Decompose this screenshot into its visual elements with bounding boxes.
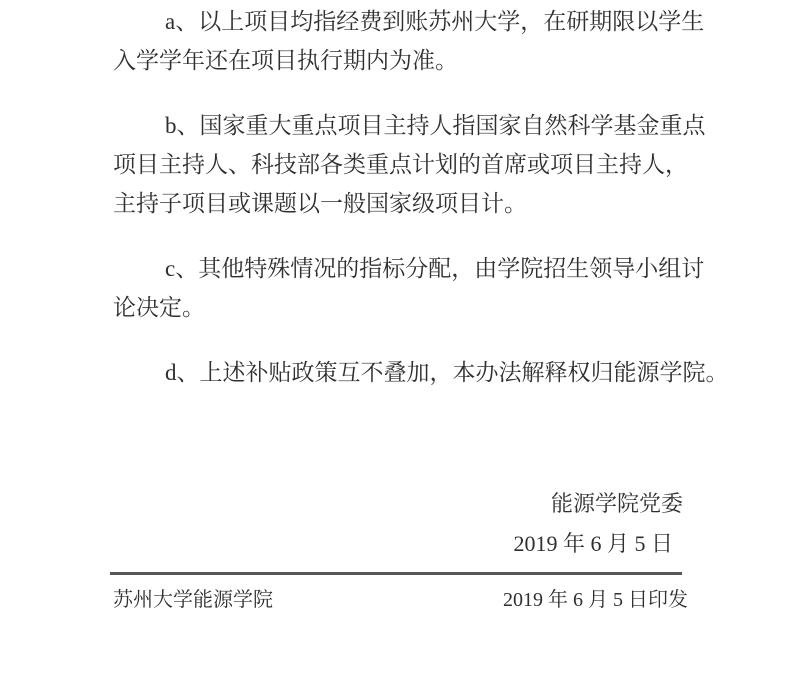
signature-signer: 能源学院党委 bbox=[551, 484, 683, 523]
paragraph-d-line-1: d、上述补贴政策互不叠加，本办法解释权归能源学院。 bbox=[113, 353, 773, 392]
signature-date: 2019 年 6 月 5 日 bbox=[513, 524, 673, 563]
paragraph-c: c、其他特殊情况的指标分配，由学院招生领导小组讨 论决定。 bbox=[113, 249, 773, 327]
paragraph-a: a、以上项目均指经费到账苏州大学，在研期限以学生 入学学年还在项目执行期内为准。 bbox=[113, 2, 773, 80]
footer-divider bbox=[110, 572, 682, 575]
footer-issuer: 苏州大学能源学院 bbox=[113, 584, 273, 616]
paragraph-c-line-1: c、其他特殊情况的指标分配，由学院招生领导小组讨 bbox=[113, 249, 773, 288]
footer-issue-date: 2019 年 6 月 5 日印发 bbox=[503, 584, 688, 616]
paragraph-a-line-1: a、以上项目均指经费到账苏州大学，在研期限以学生 bbox=[113, 2, 773, 41]
paragraph-b: b、国家重大重点项目主持人指国家自然科学基金重点 项目主持人、科技部各类重点计划… bbox=[113, 106, 773, 223]
paragraph-c-line-2: 论决定。 bbox=[113, 288, 773, 327]
document-page: a、以上项目均指经费到账苏州大学，在研期限以学生 入学学年还在项目执行期内为准。… bbox=[0, 0, 799, 686]
paragraph-b-line-2: 项目主持人、科技部各类重点计划的首席或项目主持人， bbox=[113, 145, 773, 184]
paragraph-d: d、上述补贴政策互不叠加，本办法解释权归能源学院。 bbox=[113, 353, 773, 392]
footer: 苏州大学能源学院 2019 年 6 月 5 日印发 bbox=[113, 584, 688, 616]
paragraph-b-line-1: b、国家重大重点项目主持人指国家自然科学基金重点 bbox=[113, 106, 773, 145]
document-body: a、以上项目均指经费到账苏州大学，在研期限以学生 入学学年还在项目执行期内为准。… bbox=[113, 2, 773, 418]
paragraph-b-line-3: 主持子项目或课题以一般国家级项目计。 bbox=[113, 184, 773, 223]
paragraph-a-line-2: 入学学年还在项目执行期内为准。 bbox=[113, 41, 773, 80]
